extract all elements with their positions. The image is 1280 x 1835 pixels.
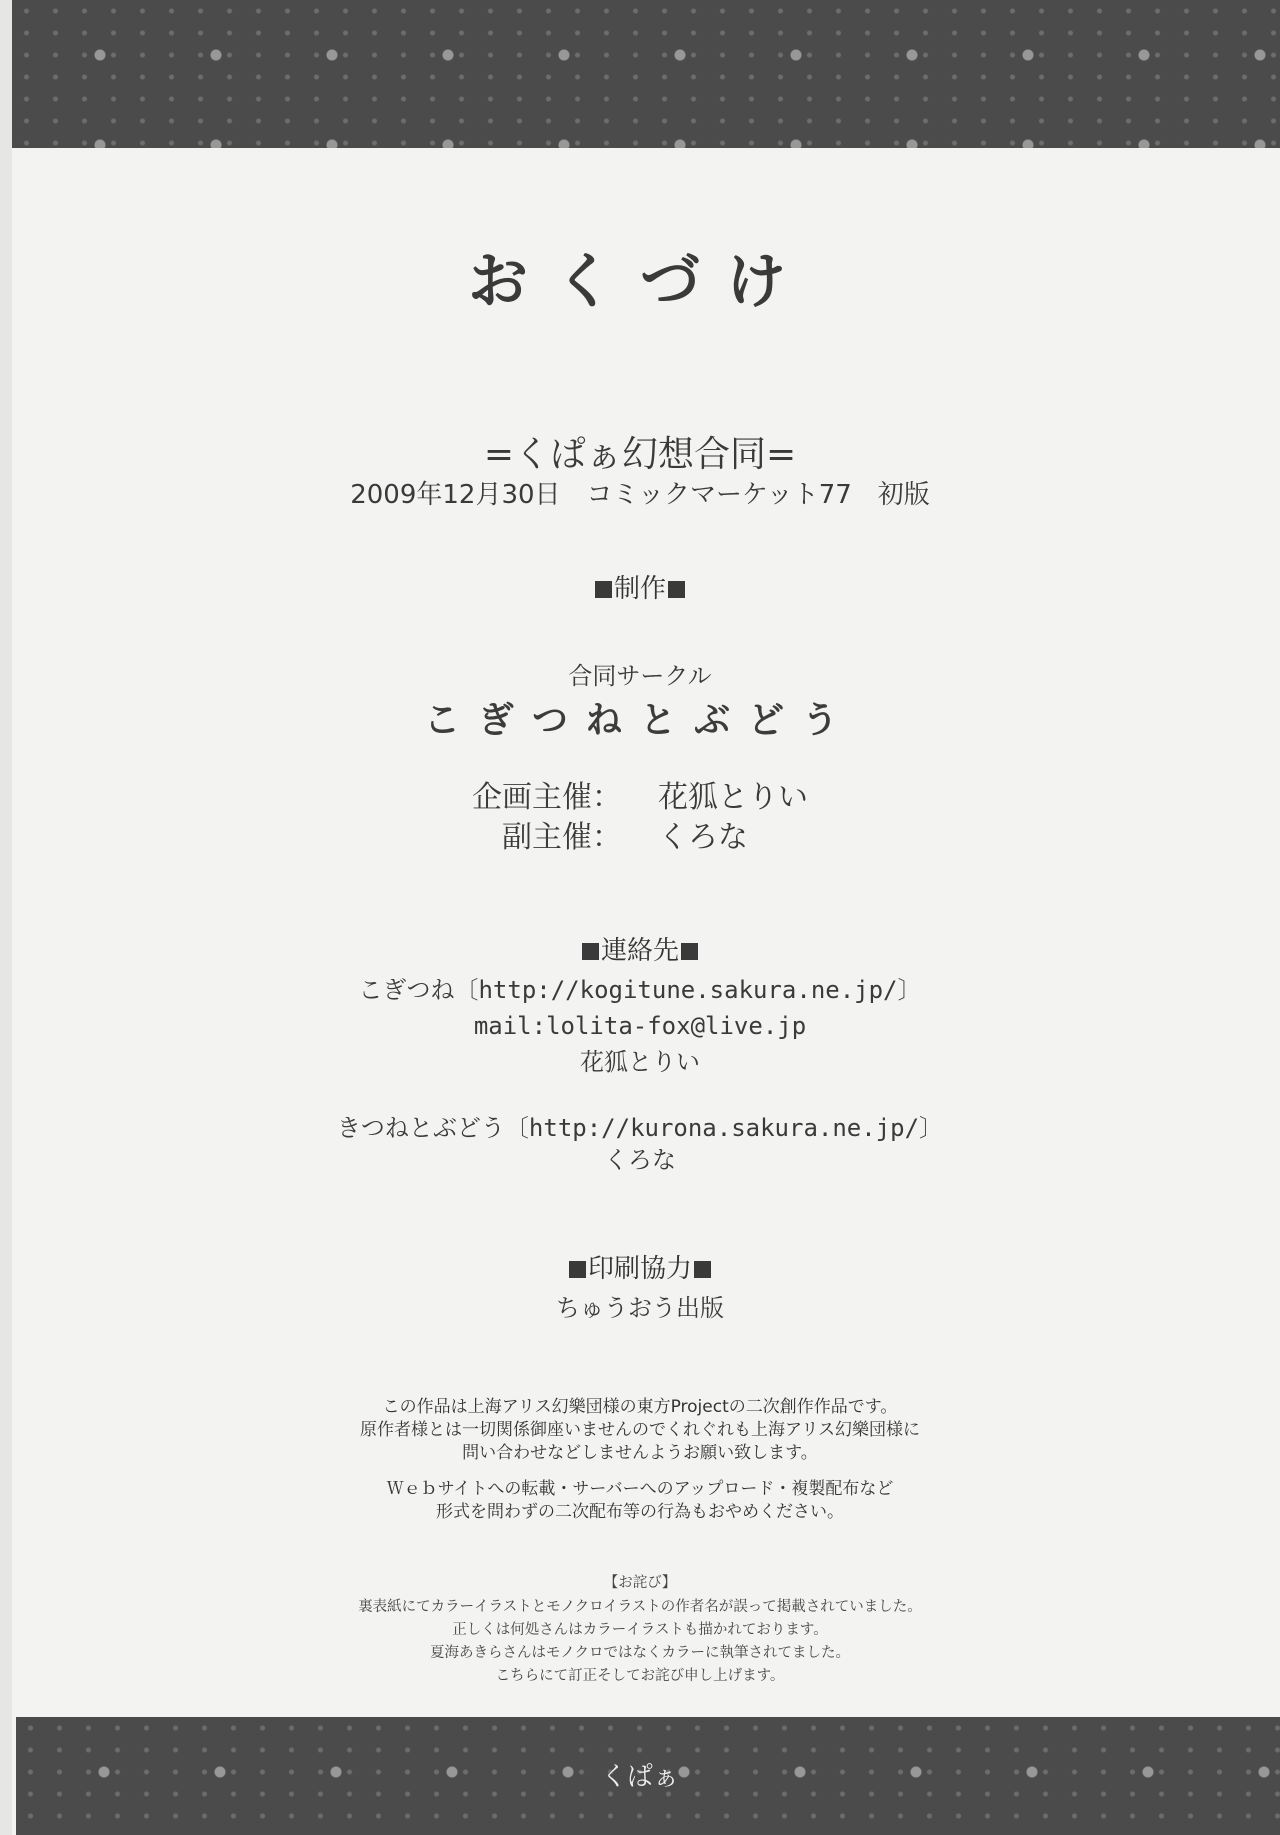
edition-line: 2009年12月30日 コミックマーケット77 初版 [0,474,1280,511]
role-name: 花狐とりい [622,772,858,816]
role-label: 副主催： [422,812,622,856]
apology-line: 夏海あきらさんはモノクロではなくカラーに執筆されてました。 [0,1642,1280,1665]
role-row: 企画主催：花狐とりい [0,772,1280,816]
apology-line: 正しくは何処さんはカラーイラストも描かれております。 [0,1619,1280,1642]
role-row: 副主催：くろな [0,812,1280,856]
apology-line: こちらにて訂正そしてお詫び申し上げます。 [0,1665,1280,1688]
apology-line: 裏表紙にてカラーイラストとモノクロイラストの作者名が誤って掲載されていました。 [0,1596,1280,1619]
contact-name: くろな [0,1140,1280,1175]
contact-url-kurona[interactable]: きつねとぶどう〔http://kurona.sakura.ne.jp/〕 [0,1108,1280,1143]
disclaimer-line: 原作者様とは一切関係御座いませんのでくれぐれも上海アリス幻樂団様に [0,1419,1280,1442]
printer-name: ちゅうおう出版 [0,1288,1280,1323]
circle-name: こぎつねとぶどう [0,692,1280,743]
role-label: 企画主催： [422,772,622,816]
contact-email[interactable]: mail:lolita-fox@live.jp [0,1012,1280,1040]
page-title: おくづけ [0,234,1280,320]
square-bullet-icon [694,1261,711,1278]
apology-heading: 【お詫び】 [0,1572,1280,1595]
contact-url-kogitune[interactable]: こぎつね〔http://kogitune.sakura.ne.jp/〕 [0,970,1280,1005]
contacts-heading: 連絡先 [0,930,1280,967]
production-heading: 制作 [0,568,1280,605]
colophon-page: おくづけ =くぱぁ幻想合同= 2009年12月30日 コミックマーケット77 初… [0,148,1280,1717]
printing-heading: 印刷協力 [0,1248,1280,1285]
square-bullet-icon [569,1261,586,1278]
role-name: くろな [622,812,858,856]
circle-label: 合同サークル [0,656,1280,691]
contact-name: 花狐とりい [0,1042,1280,1077]
redistribution-line: 形式を問わずの二次配布等の行為もおやめください。 [0,1501,1280,1524]
square-bullet-icon [595,581,612,598]
book-title: =くぱぁ幻想合同= [0,426,1280,477]
footer-circle-label: くぱぁ [0,1756,1280,1793]
square-bullet-icon [668,581,685,598]
disclaimer-line: この作品は上海アリス幻樂団様の東方Projectの二次創作作品です。 [0,1396,1280,1419]
square-bullet-icon [582,943,599,960]
square-bullet-icon [681,943,698,960]
disclaimer-line: 問い合わせなどしませんようお願い致します。 [0,1442,1280,1465]
redistribution-line: Ｗｅｂサイトへの転載・サーバーへのアップロード・複製配布など [0,1478,1280,1501]
top-floral-band [12,0,1280,148]
